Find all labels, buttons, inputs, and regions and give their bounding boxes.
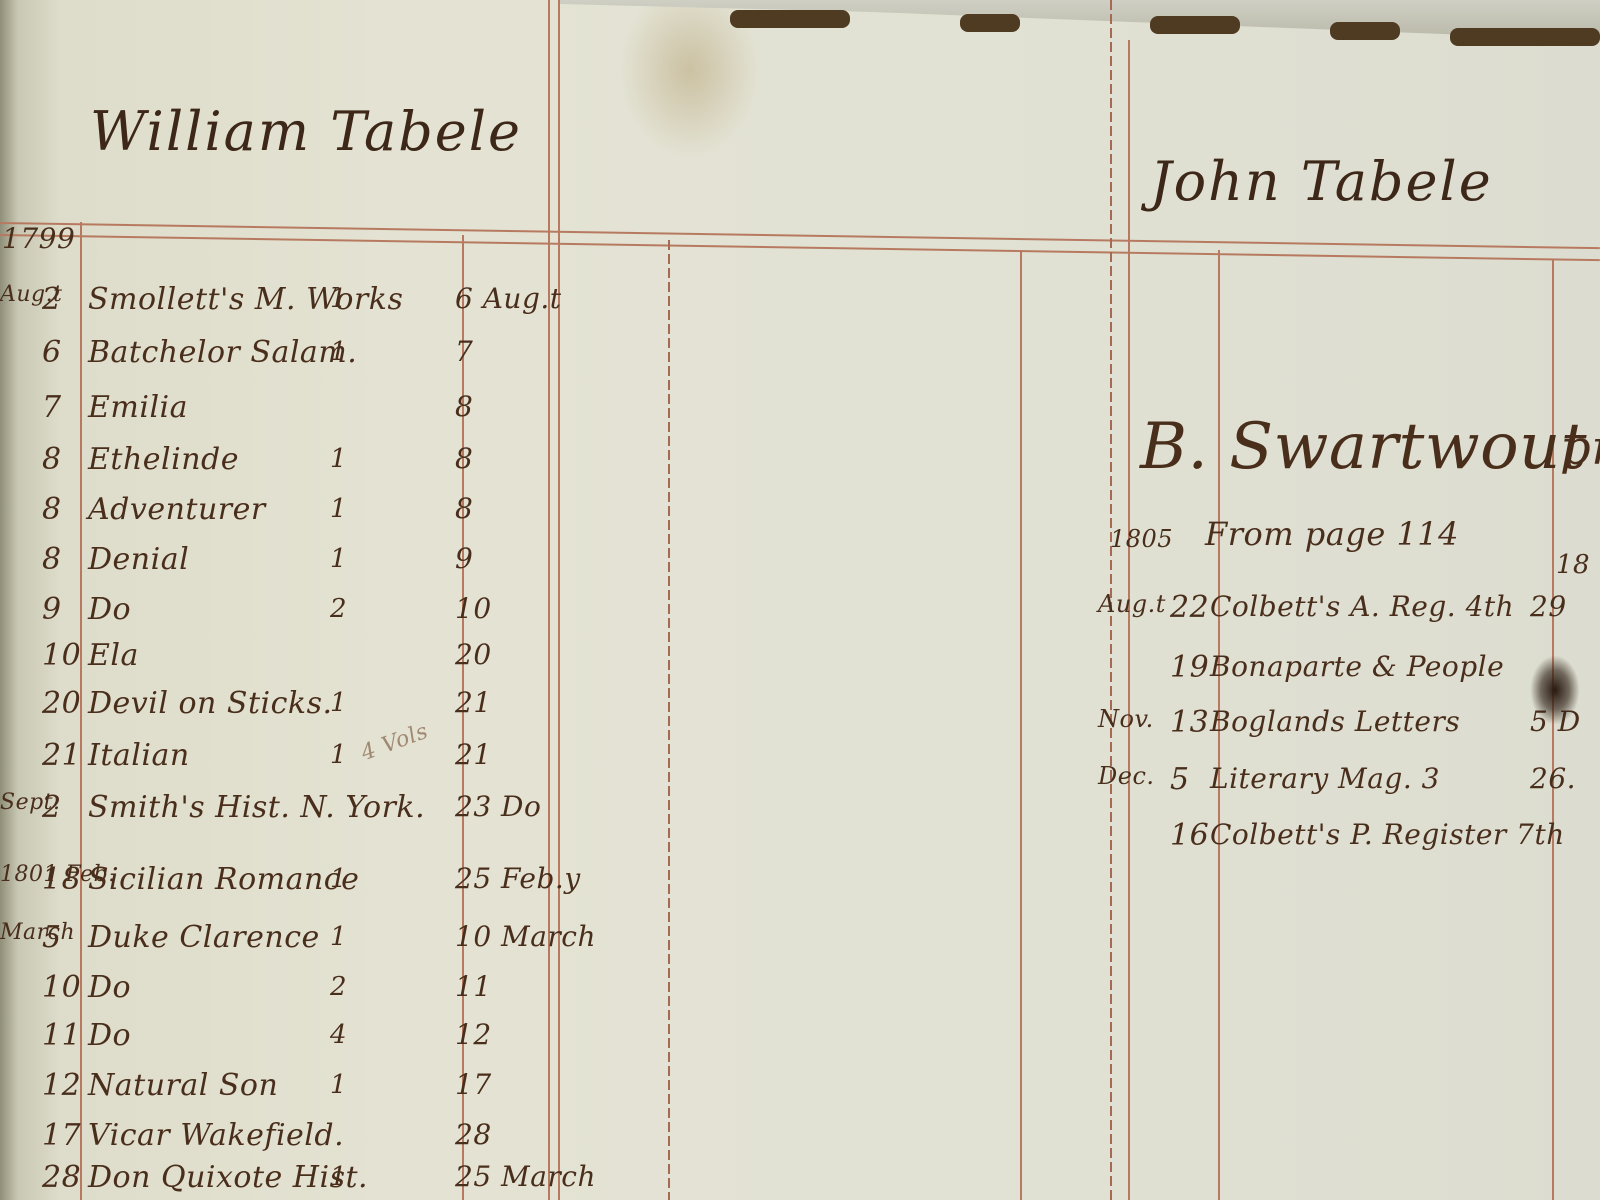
entry-qty: 1 — [330, 284, 347, 314]
ledger-row: 21Italian121 — [0, 738, 600, 778]
right-subheading-suffix: pr — [1560, 420, 1600, 476]
right-year: 1805 — [1110, 525, 1173, 553]
entry-returned: 29 — [1530, 590, 1567, 623]
entry-day: 5 — [42, 920, 62, 955]
entry-returned: 7 — [455, 335, 473, 368]
ledger-row: 6Batchelor Salam.17 — [0, 335, 600, 375]
entry-day: 28 — [42, 1160, 81, 1195]
ledger-row: 8Adventurer18 — [0, 492, 600, 532]
ledger-row: 8Ethelinde18 — [0, 442, 600, 482]
entry-qty: 1 — [330, 337, 347, 367]
binding-tear — [730, 10, 850, 28]
binding-tear — [960, 14, 1020, 32]
entry-title: Emilia — [88, 390, 188, 425]
entry-qty: 1 — [330, 1070, 347, 1100]
header-rule-top — [0, 222, 1600, 249]
ledger-row: 10Ela20 — [0, 638, 600, 678]
entry-returned: 8 — [455, 442, 473, 475]
entry-returned: 28 — [455, 1118, 492, 1151]
entry-title: Batchelor Salam. — [88, 335, 357, 370]
entry-returned: 20 — [455, 638, 492, 671]
binding-tear — [1450, 28, 1600, 46]
ledger-row: 8Denial19 — [0, 542, 600, 582]
entry-month: Aug.t — [1098, 590, 1166, 618]
entry-month: Nov. — [1098, 705, 1154, 733]
entry-day: 12 — [42, 1068, 81, 1103]
entry-title: Smith's Hist. N. York. — [88, 790, 425, 825]
entry-returned: 8 — [455, 492, 473, 525]
ledger-row: 1801 Feb.18Sicilian Romance125 Feb.y — [0, 862, 600, 902]
entry-qty: 1 — [330, 494, 347, 524]
entry-title: Literary Mag. 3 — [1210, 762, 1440, 795]
ledger-row: 12Natural Son117 — [0, 1068, 600, 1108]
entry-returned: 23 Do — [455, 790, 541, 823]
entry-day: 21 — [42, 738, 81, 773]
entry-day: 17 — [42, 1118, 81, 1153]
entry-title: Smollett's M. Works — [88, 282, 403, 317]
entry-returned: 6 Aug.t — [455, 282, 562, 315]
ledger-row: March5Duke Clarence110 March — [0, 920, 600, 960]
entry-title: Sicilian Romance — [88, 862, 359, 897]
entry-day: 9 — [42, 592, 62, 627]
entry-day: 8 — [42, 492, 62, 527]
entry-title: Do — [88, 592, 131, 627]
ledger-row: Aug.t22Colbett's A. Reg. 4th29 — [1090, 590, 1600, 630]
middle-dashed-rule — [668, 240, 670, 1200]
ledger-row: 11Do412 — [0, 1018, 600, 1058]
entry-qty: 2 — [330, 594, 347, 624]
ledger-row: 20Devil on Sticks.121 — [0, 686, 600, 726]
entry-day: 10 — [42, 638, 81, 673]
entry-day: 20 — [42, 686, 81, 721]
middle-column-rule — [1020, 250, 1022, 1200]
entry-qty: 1 — [330, 740, 347, 770]
entry-title: Do — [88, 970, 131, 1005]
entry-returned: 12 — [455, 1018, 492, 1051]
ink-blot — [1530, 655, 1580, 725]
entry-title: Italian — [88, 738, 190, 773]
right-subheading: B. Swartwout — [1140, 410, 1587, 484]
binding-tear — [1330, 22, 1400, 40]
ledger-row: Nov.13Boglands Letters5 D — [1090, 705, 1600, 745]
entry-returned: 25 March — [455, 1160, 596, 1193]
ledger-row: Sept.2Smith's Hist. N. York.23 Do — [0, 790, 600, 830]
entry-title: Devil on Sticks. — [88, 686, 333, 721]
right-account-heading: John Tabele — [1150, 150, 1493, 213]
ledger-row: 9Do210 — [0, 592, 600, 632]
entry-returned: 26. — [1530, 762, 1576, 795]
entry-qty: 1 — [330, 688, 347, 718]
entry-title: Don Quixote Hist. — [88, 1160, 368, 1195]
entry-qty: 1 — [330, 922, 347, 952]
ledger-row: Aug.t2Smollett's M. Works16 Aug.t — [0, 282, 600, 322]
book-binding-edge — [560, 0, 1600, 40]
right-margin-year: 18 — [1556, 550, 1590, 580]
entry-qty: 1 — [330, 444, 347, 474]
entry-returned: 10 — [455, 592, 492, 625]
entry-qty: 1 — [330, 544, 347, 574]
entry-title: Vicar Wakefield. — [88, 1118, 344, 1153]
entry-title: Colbett's P. Register 7th — [1210, 818, 1565, 851]
ledger-row: 28Don Quixote Hist.125 March — [0, 1160, 600, 1200]
entry-day: 6 — [42, 335, 62, 370]
right-ref-line: From page 114 — [1205, 515, 1459, 553]
entry-month: Dec. — [1098, 762, 1155, 790]
binding-tear — [1150, 16, 1240, 34]
entry-title: Colbett's A. Reg. 4th — [1210, 590, 1514, 623]
entry-title: Denial — [88, 542, 189, 577]
entry-day: 16 — [1170, 818, 1209, 853]
entry-returned: 25 Feb.y — [455, 862, 581, 895]
entry-title: Bonaparte & People — [1210, 650, 1504, 683]
entry-day: 7 — [42, 390, 62, 425]
left-year: 1799 — [2, 222, 75, 255]
entry-returned: 21 — [455, 686, 492, 719]
entry-month: March — [0, 920, 75, 945]
entry-day: 8 — [42, 442, 62, 477]
ledger-row: 7Emilia8 — [0, 390, 600, 430]
entry-day: 18 — [42, 862, 81, 897]
entry-qty: 1 — [330, 1162, 347, 1192]
entry-title: Natural Son — [88, 1068, 278, 1103]
ledger-row: 17Vicar Wakefield.28 — [0, 1118, 600, 1158]
entry-returned: 17 — [455, 1068, 492, 1101]
entry-day: 19 — [1170, 650, 1209, 685]
entry-title: Do — [88, 1018, 131, 1053]
entry-returned: 8 — [455, 390, 473, 423]
entry-day: 22 — [1170, 590, 1209, 625]
entry-day: 5 — [1170, 762, 1190, 797]
entry-title: Boglands Letters — [1210, 705, 1460, 738]
entry-title: Duke Clarence — [88, 920, 320, 955]
left-account-heading: William Tabele — [90, 100, 522, 163]
entry-returned: 21 — [455, 738, 492, 771]
entry-day: 2 — [42, 282, 62, 317]
ledger-row: 16Colbett's P. Register 7th — [1090, 818, 1600, 858]
entry-day: 2 — [42, 790, 62, 825]
entry-title: Adventurer — [88, 492, 266, 527]
entry-qty: 2 — [330, 972, 347, 1002]
entry-qty: 4 — [330, 1020, 347, 1050]
header-rule-bottom — [0, 234, 1600, 261]
entry-returned: 9 — [455, 542, 473, 575]
ledger-row: Dec.5Literary Mag. 326. — [1090, 762, 1600, 802]
entry-day: 11 — [42, 1018, 81, 1053]
entry-day: 13 — [1170, 705, 1209, 740]
entry-returned: 11 — [455, 970, 492, 1003]
entry-day: 10 — [42, 970, 81, 1005]
entry-returned: 10 March — [455, 920, 596, 953]
entry-day: 8 — [42, 542, 62, 577]
ledger-row: 19Bonaparte & People — [1090, 650, 1600, 690]
entry-title: Ethelinde — [88, 442, 239, 477]
ledger-page: William Tabele 1799 Aug.t2Smollett's M. … — [0, 0, 1600, 1200]
entry-qty: 1 — [330, 864, 347, 894]
ledger-row: 10Do211 — [0, 970, 600, 1010]
entry-title: Ela — [88, 638, 139, 673]
